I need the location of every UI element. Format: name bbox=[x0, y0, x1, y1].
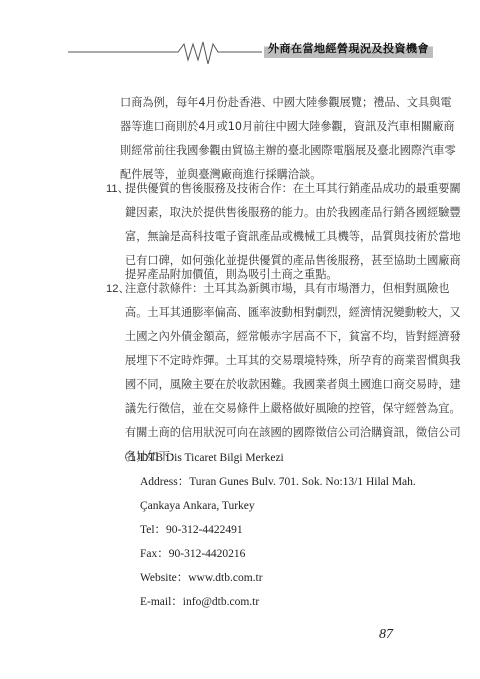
text-line: 口商為例，每年4月份赴香港、中國大陸參觀展覽；禮品、文具與電 bbox=[120, 96, 452, 110]
page-number: 87 bbox=[379, 627, 393, 643]
text-line: 展埋下不定時炸彈。土耳其的交易環境特殊，所孕育的商業習慣與我 bbox=[125, 354, 461, 368]
text-line: 國不同，風險主要在於收款困難。我國業者與土國進口商交易時，建 bbox=[125, 378, 461, 392]
text-line: 富，無論是高科技電子資訊產品或機械工具機等，品質與技術於當地 bbox=[125, 230, 461, 244]
company-address: Address：Turan Gunes Bulv. 701. Sok. No:1… bbox=[140, 475, 416, 489]
page-header: 外商在當地經營現況及投資機會 bbox=[0, 0, 480, 80]
company-name: DTB Dis Ticaret Bilgi Merkezi bbox=[140, 451, 284, 465]
text-line: 配件展等，並與臺灣廠商進行採購洽談。 bbox=[120, 168, 321, 182]
company-website: Website：www.dtb.com.tr bbox=[140, 571, 263, 585]
company-tel: Tel：90-312-4422491 bbox=[140, 523, 243, 537]
text-line: 土國之內外債金額高，經常帳赤字居高不下，貧富不均，皆對經濟發 bbox=[125, 330, 461, 344]
text-line: 鍵因素，取決於提供售後服務的能力。由於我國產品行銷各國經驗豐 bbox=[125, 206, 461, 220]
text-line: 器等進口商則於4月或10月前往中國大陸參觀，資訊及汽車相關廠商 bbox=[120, 120, 455, 134]
text-line: 已有口碑，如何強化並提供優質的產品售後服務，甚至協助土國廠商 bbox=[125, 254, 461, 268]
text-line: 提昇產品附加價值，則為吸引土商之重點。 bbox=[125, 268, 338, 282]
text-line: 高。土耳其通膨率偏高、匯率波動相對劇烈，經濟情況變動較大，又 bbox=[125, 306, 461, 320]
text-line: 提供優質的售後服務及技術合作：在土耳其行銷產品成功的最重要關 bbox=[125, 182, 461, 196]
text-line: 則經常前往我國參觀由貿協主辦的臺北國際電腦展及臺北國際汽車零 bbox=[120, 144, 456, 158]
running-title: 外商在當地經營現況及投資機會 bbox=[264, 40, 433, 58]
company-city: Çankaya Ankara, Turkey bbox=[140, 499, 255, 513]
company-fax: Fax：90-312-4420216 bbox=[140, 547, 245, 561]
text-line: 有關土商的信用狀況可向在該國的國際徵信公司洽購資訊，徵信公司 bbox=[125, 426, 461, 440]
text-line: 議先行徵信，並在交易條件上嚴格做好風險的控管，保守經營為宜。 bbox=[125, 402, 461, 416]
text-line: 注意付款條件：土耳其為新興市場，具有市場潛力，但相對風險也 bbox=[125, 282, 449, 296]
company-email: E-mail：info@dtb.com.tr bbox=[140, 595, 259, 609]
